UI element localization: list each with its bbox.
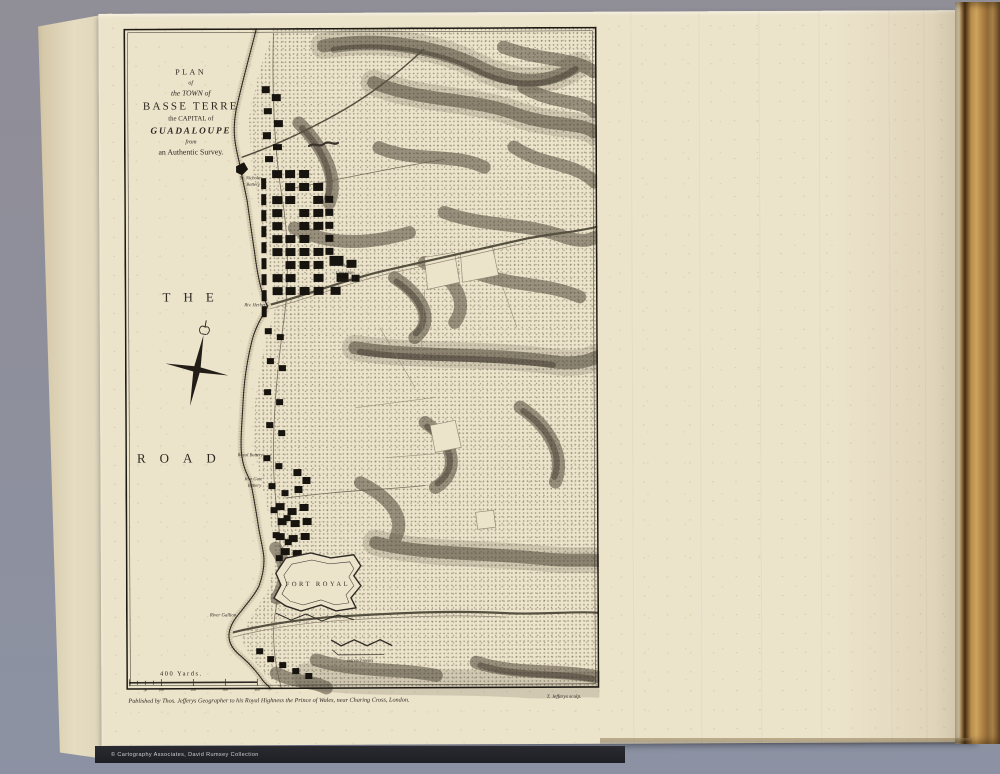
title-line-capital-of: the CAPITAL of xyxy=(168,115,214,122)
map-plate: 400 Yards. 50 100 xyxy=(123,27,599,714)
label-st-nicholas-battery: St. Nicholas xyxy=(240,175,262,180)
title-line-plan: PLAN xyxy=(175,67,206,76)
label-iron-gate-battery: Iron Gate xyxy=(244,476,263,481)
label-capuchin-friars: The xyxy=(341,263,348,268)
label-royal-battery: Royal Battery xyxy=(237,452,264,457)
compass-rose-icon xyxy=(159,314,238,411)
coastline xyxy=(226,28,271,689)
engraver-credit: T. Jefferys sculp. xyxy=(547,693,582,700)
title-line-of: of xyxy=(188,79,194,86)
map-drawing: 400 Yards. 50 100 xyxy=(123,27,599,714)
label-fort-royal: FORT ROYAL xyxy=(286,581,350,588)
title-line-basse-terre: BASSE TERRE xyxy=(143,100,239,112)
map-title: PLAN of the TOWN of BASSE TERRE the CAPI… xyxy=(143,67,239,156)
scanned-atlas-photo: 400 Yards. 50 100 xyxy=(0,0,1000,774)
label-river-gallion: River Gallion xyxy=(209,613,237,618)
roadstead-name: THE ROAD xyxy=(136,289,230,465)
entrenchments xyxy=(331,640,392,655)
svg-text:Battery: Battery xyxy=(246,182,261,187)
sea-word-the: THE xyxy=(162,289,226,304)
label-riv-herbert: Riv. Herbert xyxy=(243,302,267,307)
sea-word-road: ROAD xyxy=(137,450,230,465)
page-fold-line xyxy=(758,11,763,743)
copyright-strip: © Cartography Associates, David Rumsey C… xyxy=(95,746,625,763)
page-fold-line xyxy=(923,10,928,742)
atlas-page: 400 Yards. 50 100 xyxy=(98,10,976,746)
svg-text:Capuchin: Capuchin xyxy=(336,270,355,275)
svg-text:Battery: Battery xyxy=(248,483,263,488)
page-fold-line xyxy=(888,10,893,742)
fleur-de-lis-icon xyxy=(199,319,211,335)
title-line-town-of: the TOWN of xyxy=(171,88,211,97)
title-line-survey: an Authentic Survey. xyxy=(158,147,223,156)
title-line-from: from xyxy=(185,138,197,145)
page-fold-line xyxy=(818,11,823,743)
publisher-imprint: Published by Thos. Jefferys Geographer t… xyxy=(127,697,409,705)
svg-text:Friars: Friars xyxy=(338,277,351,282)
label-intrenchments: Intrenchments xyxy=(346,658,373,663)
book-fore-edge xyxy=(955,2,1000,744)
page-fold-line xyxy=(630,12,635,744)
page-fold-line xyxy=(698,11,703,743)
scale-title: 400 Yards. xyxy=(160,670,203,677)
title-line-guadaloupe: GUADALOUPE xyxy=(150,125,231,135)
river-gallion-line xyxy=(229,611,598,633)
copyright-text: © Cartography Associates, David Rumsey C… xyxy=(111,752,259,758)
